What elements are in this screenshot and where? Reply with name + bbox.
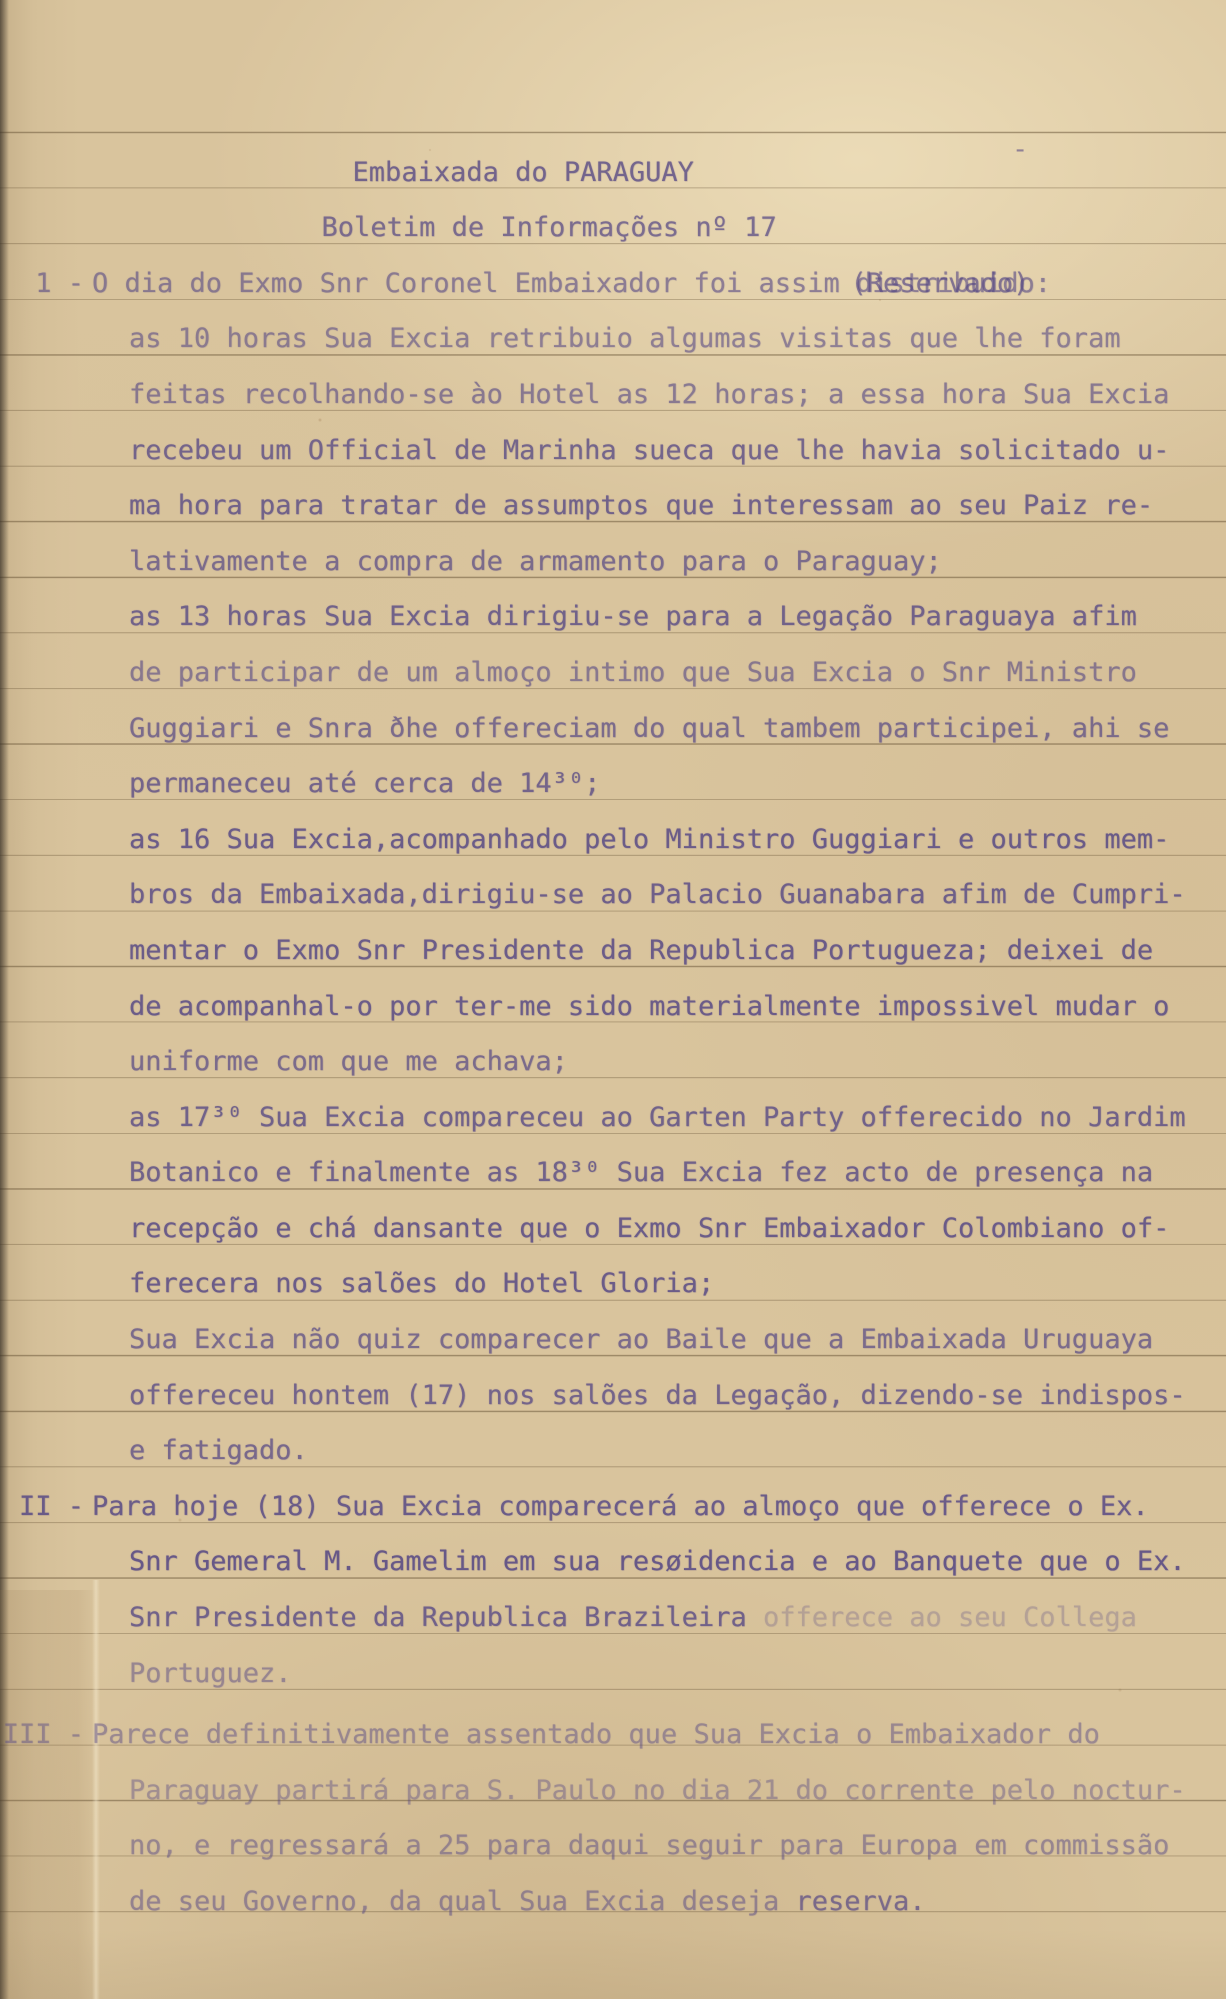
line-text: ferecera nos salões do Hotel Gloria; bbox=[129, 1268, 714, 1299]
document-line: Botanico e finalmente as 18³⁰ Sua Excia … bbox=[0, 1145, 1226, 1201]
line-text: as 13 horas Sua Excia dirigiu-se para a … bbox=[129, 601, 1137, 632]
line-text: offereceu hontem (17) nos salões da Lega… bbox=[129, 1380, 1186, 1411]
line-text: as 10 horas Sua Excia retribuio algumas … bbox=[129, 323, 1121, 354]
document-line: e fatigado. bbox=[0, 1423, 1226, 1479]
document-line: 1 -O dia do Exmo Snr Coronel Embaixador … bbox=[0, 256, 1226, 312]
document-line: Sua Excia não quiz comparecer ao Baile q… bbox=[0, 1312, 1226, 1368]
document-line: feitas recolhando-se ào Hotel as 12 hora… bbox=[0, 367, 1226, 423]
line-text: as 16 Sua Excia,acompanhado pelo Ministr… bbox=[129, 824, 1169, 855]
line-text: uniforme com que me achava; bbox=[129, 1046, 568, 1077]
document-line: recepção e chá dansante que o Exmo Snr E… bbox=[0, 1201, 1226, 1257]
document-line: Portuguez. bbox=[0, 1646, 1226, 1702]
document-line: offereceu hontem (17) nos salões da Lega… bbox=[0, 1368, 1226, 1424]
line-text: Snr Presidente da Republica Brazileira bbox=[129, 1602, 763, 1633]
document-line: ferecera nos salões do Hotel Gloria; bbox=[0, 1256, 1226, 1312]
line-text: ma hora para tratar de assumptos que int… bbox=[129, 490, 1153, 521]
line-text: Para hoje (18) Sua Excia comparecerá ao … bbox=[92, 1491, 1149, 1522]
document-line: as 17³⁰ Sua Excia compareceu ao Garten P… bbox=[0, 1090, 1226, 1146]
document-line: Guggiari e Snra ðhe offereciam do qual t… bbox=[0, 701, 1226, 757]
line-text: Parece definitivamente assentado que Sua… bbox=[92, 1719, 1100, 1750]
item-marker: II - bbox=[0, 1479, 84, 1535]
document-line: uniforme com que me achava; bbox=[0, 1034, 1226, 1090]
line-text: lativamente a compra de armamento para o… bbox=[129, 546, 942, 577]
item-marker: 1 - bbox=[0, 256, 84, 312]
document-body: 1 -O dia do Exmo Snr Coronel Embaixador … bbox=[0, 256, 1226, 1930]
line-text: recepção e chá dansante que o Exmo Snr E… bbox=[129, 1213, 1169, 1244]
line-text: feitas recolhando-se ào Hotel as 12 hora… bbox=[129, 379, 1169, 410]
document-line: recebeu um Official de Marinha sueca que… bbox=[0, 423, 1226, 479]
line-text: Snr Gemeral M. Gamelim em sua resøidenci… bbox=[129, 1546, 1186, 1577]
classification-label: (Reservado) bbox=[0, 200, 1226, 256]
document-line: II -Para hoje (18) Sua Excia comparecerá… bbox=[0, 1479, 1226, 1535]
document-line: III -Parece definitivamente assentado qu… bbox=[0, 1707, 1226, 1763]
line-text: O dia do Exmo Snr Coronel Embaixador foi… bbox=[92, 268, 1051, 299]
line-text: as 17³⁰ Sua Excia compareceu ao Garten P… bbox=[129, 1102, 1186, 1133]
document-line: as 10 horas Sua Excia retribuio algumas … bbox=[0, 311, 1226, 367]
line-text-faded-tail: offerece ao seu Collega bbox=[763, 1602, 1137, 1633]
document-item: II -Para hoje (18) Sua Excia comparecerá… bbox=[0, 1479, 1226, 1701]
line-text: permaneceu até cerca de 14³⁰; bbox=[129, 768, 600, 799]
line-text: recebeu um Official de Marinha sueca que… bbox=[129, 435, 1169, 466]
line-text: Sua Excia não quiz comparecer ao Baile q… bbox=[129, 1324, 1153, 1355]
line-text: de participar de um almoço intimo que Su… bbox=[129, 657, 1137, 688]
document-line: as 13 horas Sua Excia dirigiu-se para a … bbox=[0, 589, 1226, 645]
document-item: III -Parece definitivamente assentado qu… bbox=[0, 1707, 1226, 1929]
line-text: de seu Governo, da qual Sua Excia deseja bbox=[129, 1886, 795, 1917]
document-page: - Embaixada do PARAGUAY Boletim de Infor… bbox=[0, 0, 1226, 1999]
document-line: Paraguay partirá para S. Paulo no dia 21… bbox=[0, 1763, 1226, 1819]
document-line: Snr Gemeral M. Gamelim em sua resøidenci… bbox=[0, 1534, 1226, 1590]
line-text: Botanico e finalmente as 18³⁰ Sua Excia … bbox=[129, 1157, 1153, 1188]
document-line: mentar o Exmo Snr Presidente da Republic… bbox=[0, 923, 1226, 979]
line-text: e fatigado. bbox=[129, 1435, 308, 1466]
line-text: Guggiari e Snra ðhe offereciam do qual t… bbox=[129, 713, 1169, 744]
document-line: de seu Governo, da qual Sua Excia deseja… bbox=[0, 1874, 1226, 1930]
line-text: no, e regressará a 25 para daqui seguir … bbox=[129, 1830, 1169, 1861]
document-text: Embaixada do PARAGUAY Boletim de Informa… bbox=[0, 89, 1226, 1930]
document-line: permaneceu até cerca de 14³⁰; bbox=[0, 756, 1226, 812]
document-line: lativamente a compra de armamento para o… bbox=[0, 534, 1226, 590]
item-marker: III - bbox=[0, 1707, 84, 1763]
document-line: as 16 Sua Excia,acompanhado pelo Ministr… bbox=[0, 812, 1226, 868]
document-line: ma hora para tratar de assumptos que int… bbox=[0, 478, 1226, 534]
document-item: 1 -O dia do Exmo Snr Coronel Embaixador … bbox=[0, 256, 1226, 1479]
line-text-faded-tail: reserva. bbox=[795, 1886, 925, 1917]
document-line: de participar de um almoço intimo que Su… bbox=[0, 645, 1226, 701]
line-text: Portuguez. bbox=[129, 1658, 292, 1689]
document-line: Snr Presidente da Republica Brazileira o… bbox=[0, 1590, 1226, 1646]
line-text: bros da Embaixada,dirigiu-se ao Palacio … bbox=[129, 879, 1186, 910]
line-text: de acompanhal-o por ter-me sido material… bbox=[129, 991, 1169, 1022]
document-subtitle: Boletim de Informações nº 17 bbox=[0, 145, 1226, 201]
document-line: bros da Embaixada,dirigiu-se ao Palacio … bbox=[0, 867, 1226, 923]
document-title: Embaixada do PARAGUAY bbox=[0, 89, 1226, 145]
document-line: no, e regressará a 25 para daqui seguir … bbox=[0, 1818, 1226, 1874]
document-line: de acompanhal-o por ter-me sido material… bbox=[0, 979, 1226, 1035]
line-text: Paraguay partirá para S. Paulo no dia 21… bbox=[129, 1775, 1186, 1806]
line-text: mentar o Exmo Snr Presidente da Republic… bbox=[129, 935, 1153, 966]
